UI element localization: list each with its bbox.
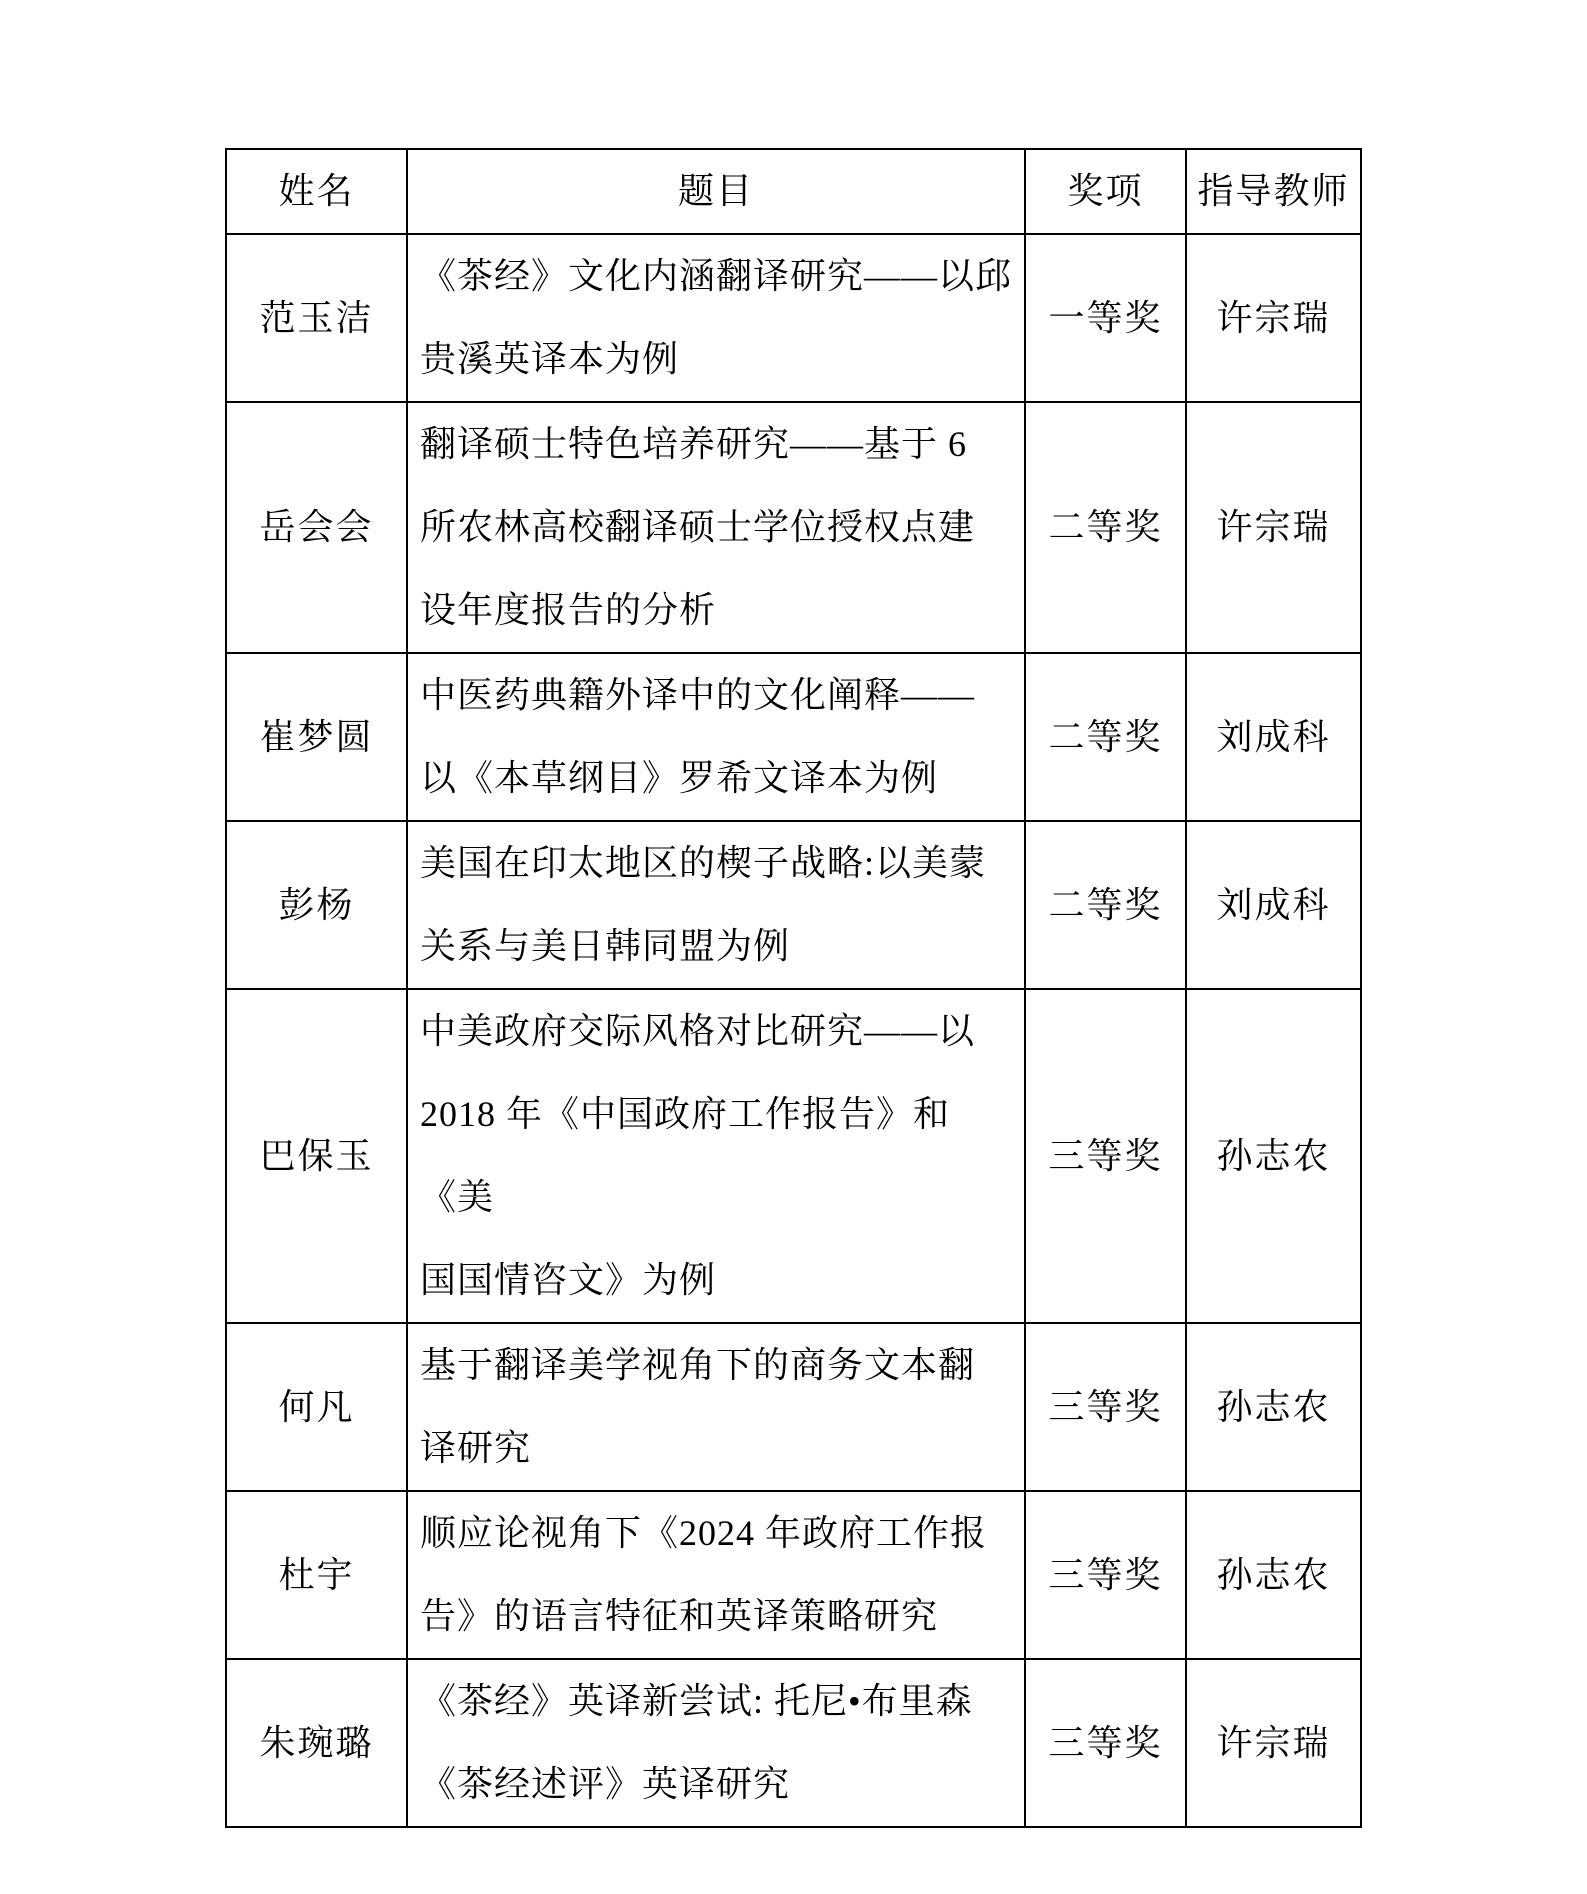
student-name-cell: 何凡 (226, 1323, 407, 1491)
thesis-title-cell: 《茶经》英译新尝试: 托尼•布里森 《茶经述评》英译研究 (407, 1659, 1025, 1827)
student-name-cell: 巴保玉 (226, 989, 407, 1323)
table-row: 岳会会 翻译硕士特色培养研究——基于 6 所农林高校翻译硕士学位授权点建 设年度… (226, 402, 1361, 653)
header-teacher: 指导教师 (1186, 149, 1361, 234)
thesis-title-cell: 基于翻译美学视角下的商务文本翻 译研究 (407, 1323, 1025, 1491)
thesis-title-cell: 顺应论视角下《2024 年政府工作报 告》的语言特征和英译策略研究 (407, 1491, 1025, 1659)
teacher-cell: 许宗瑞 (1186, 234, 1361, 402)
teacher-cell: 刘成科 (1186, 821, 1361, 989)
teacher-cell: 许宗瑞 (1186, 402, 1361, 653)
award-cell: 二等奖 (1025, 821, 1186, 989)
student-name-cell: 范玉洁 (226, 234, 407, 402)
table-row: 彭杨 美国在印太地区的楔子战略:以美蒙 关系与美日韩同盟为例 二等奖 刘成科 (226, 821, 1361, 989)
table-header-row: 姓名 题目 奖项 指导教师 (226, 149, 1361, 234)
thesis-title-cell: 美国在印太地区的楔子战略:以美蒙 关系与美日韩同盟为例 (407, 821, 1025, 989)
table-row: 杜宇 顺应论视角下《2024 年政府工作报 告》的语言特征和英译策略研究 三等奖… (226, 1491, 1361, 1659)
header-award: 奖项 (1025, 149, 1186, 234)
teacher-cell: 孙志农 (1186, 989, 1361, 1323)
thesis-title-cell: 《茶经》文化内涵翻译研究——以邱 贵溪英译本为例 (407, 234, 1025, 402)
award-cell: 三等奖 (1025, 1491, 1186, 1659)
thesis-title-cell: 翻译硕士特色培养研究——基于 6 所农林高校翻译硕士学位授权点建 设年度报告的分… (407, 402, 1025, 653)
award-cell: 三等奖 (1025, 1323, 1186, 1491)
student-name-cell: 杜宇 (226, 1491, 407, 1659)
award-cell: 三等奖 (1025, 1659, 1186, 1827)
header-name: 姓名 (226, 149, 407, 234)
awards-table: 姓名 题目 奖项 指导教师 范玉洁 《茶经》文化内涵翻译研究——以邱 贵溪英译本… (225, 148, 1362, 1828)
award-cell: 二等奖 (1025, 653, 1186, 821)
thesis-title-cell: 中医药典籍外译中的文化阐释—— 以《本草纲目》罗希文译本为例 (407, 653, 1025, 821)
table-row: 巴保玉 中美政府交际风格对比研究——以 2018 年《中国政府工作报告》和《美 … (226, 989, 1361, 1323)
student-name-cell: 岳会会 (226, 402, 407, 653)
table-row: 范玉洁 《茶经》文化内涵翻译研究——以邱 贵溪英译本为例 一等奖 许宗瑞 (226, 234, 1361, 402)
award-cell: 二等奖 (1025, 402, 1186, 653)
table-row: 朱琬璐 《茶经》英译新尝试: 托尼•布里森 《茶经述评》英译研究 三等奖 许宗瑞 (226, 1659, 1361, 1827)
table-row: 崔梦圆 中医药典籍外译中的文化阐释—— 以《本草纲目》罗希文译本为例 二等奖 刘… (226, 653, 1361, 821)
student-name-cell: 崔梦圆 (226, 653, 407, 821)
header-title: 题目 (407, 149, 1025, 234)
award-cell: 一等奖 (1025, 234, 1186, 402)
document-page: 姓名 题目 奖项 指导教师 范玉洁 《茶经》文化内涵翻译研究——以邱 贵溪英译本… (0, 0, 1587, 1894)
teacher-cell: 许宗瑞 (1186, 1659, 1361, 1827)
thesis-title-cell: 中美政府交际风格对比研究——以 2018 年《中国政府工作报告》和《美 国国情咨… (407, 989, 1025, 1323)
table-row: 何凡 基于翻译美学视角下的商务文本翻 译研究 三等奖 孙志农 (226, 1323, 1361, 1491)
teacher-cell: 孙志农 (1186, 1323, 1361, 1491)
student-name-cell: 朱琬璐 (226, 1659, 407, 1827)
teacher-cell: 刘成科 (1186, 653, 1361, 821)
award-cell: 三等奖 (1025, 989, 1186, 1323)
student-name-cell: 彭杨 (226, 821, 407, 989)
table-body: 范玉洁 《茶经》文化内涵翻译研究——以邱 贵溪英译本为例 一等奖 许宗瑞 岳会会… (226, 234, 1361, 1827)
teacher-cell: 孙志农 (1186, 1491, 1361, 1659)
